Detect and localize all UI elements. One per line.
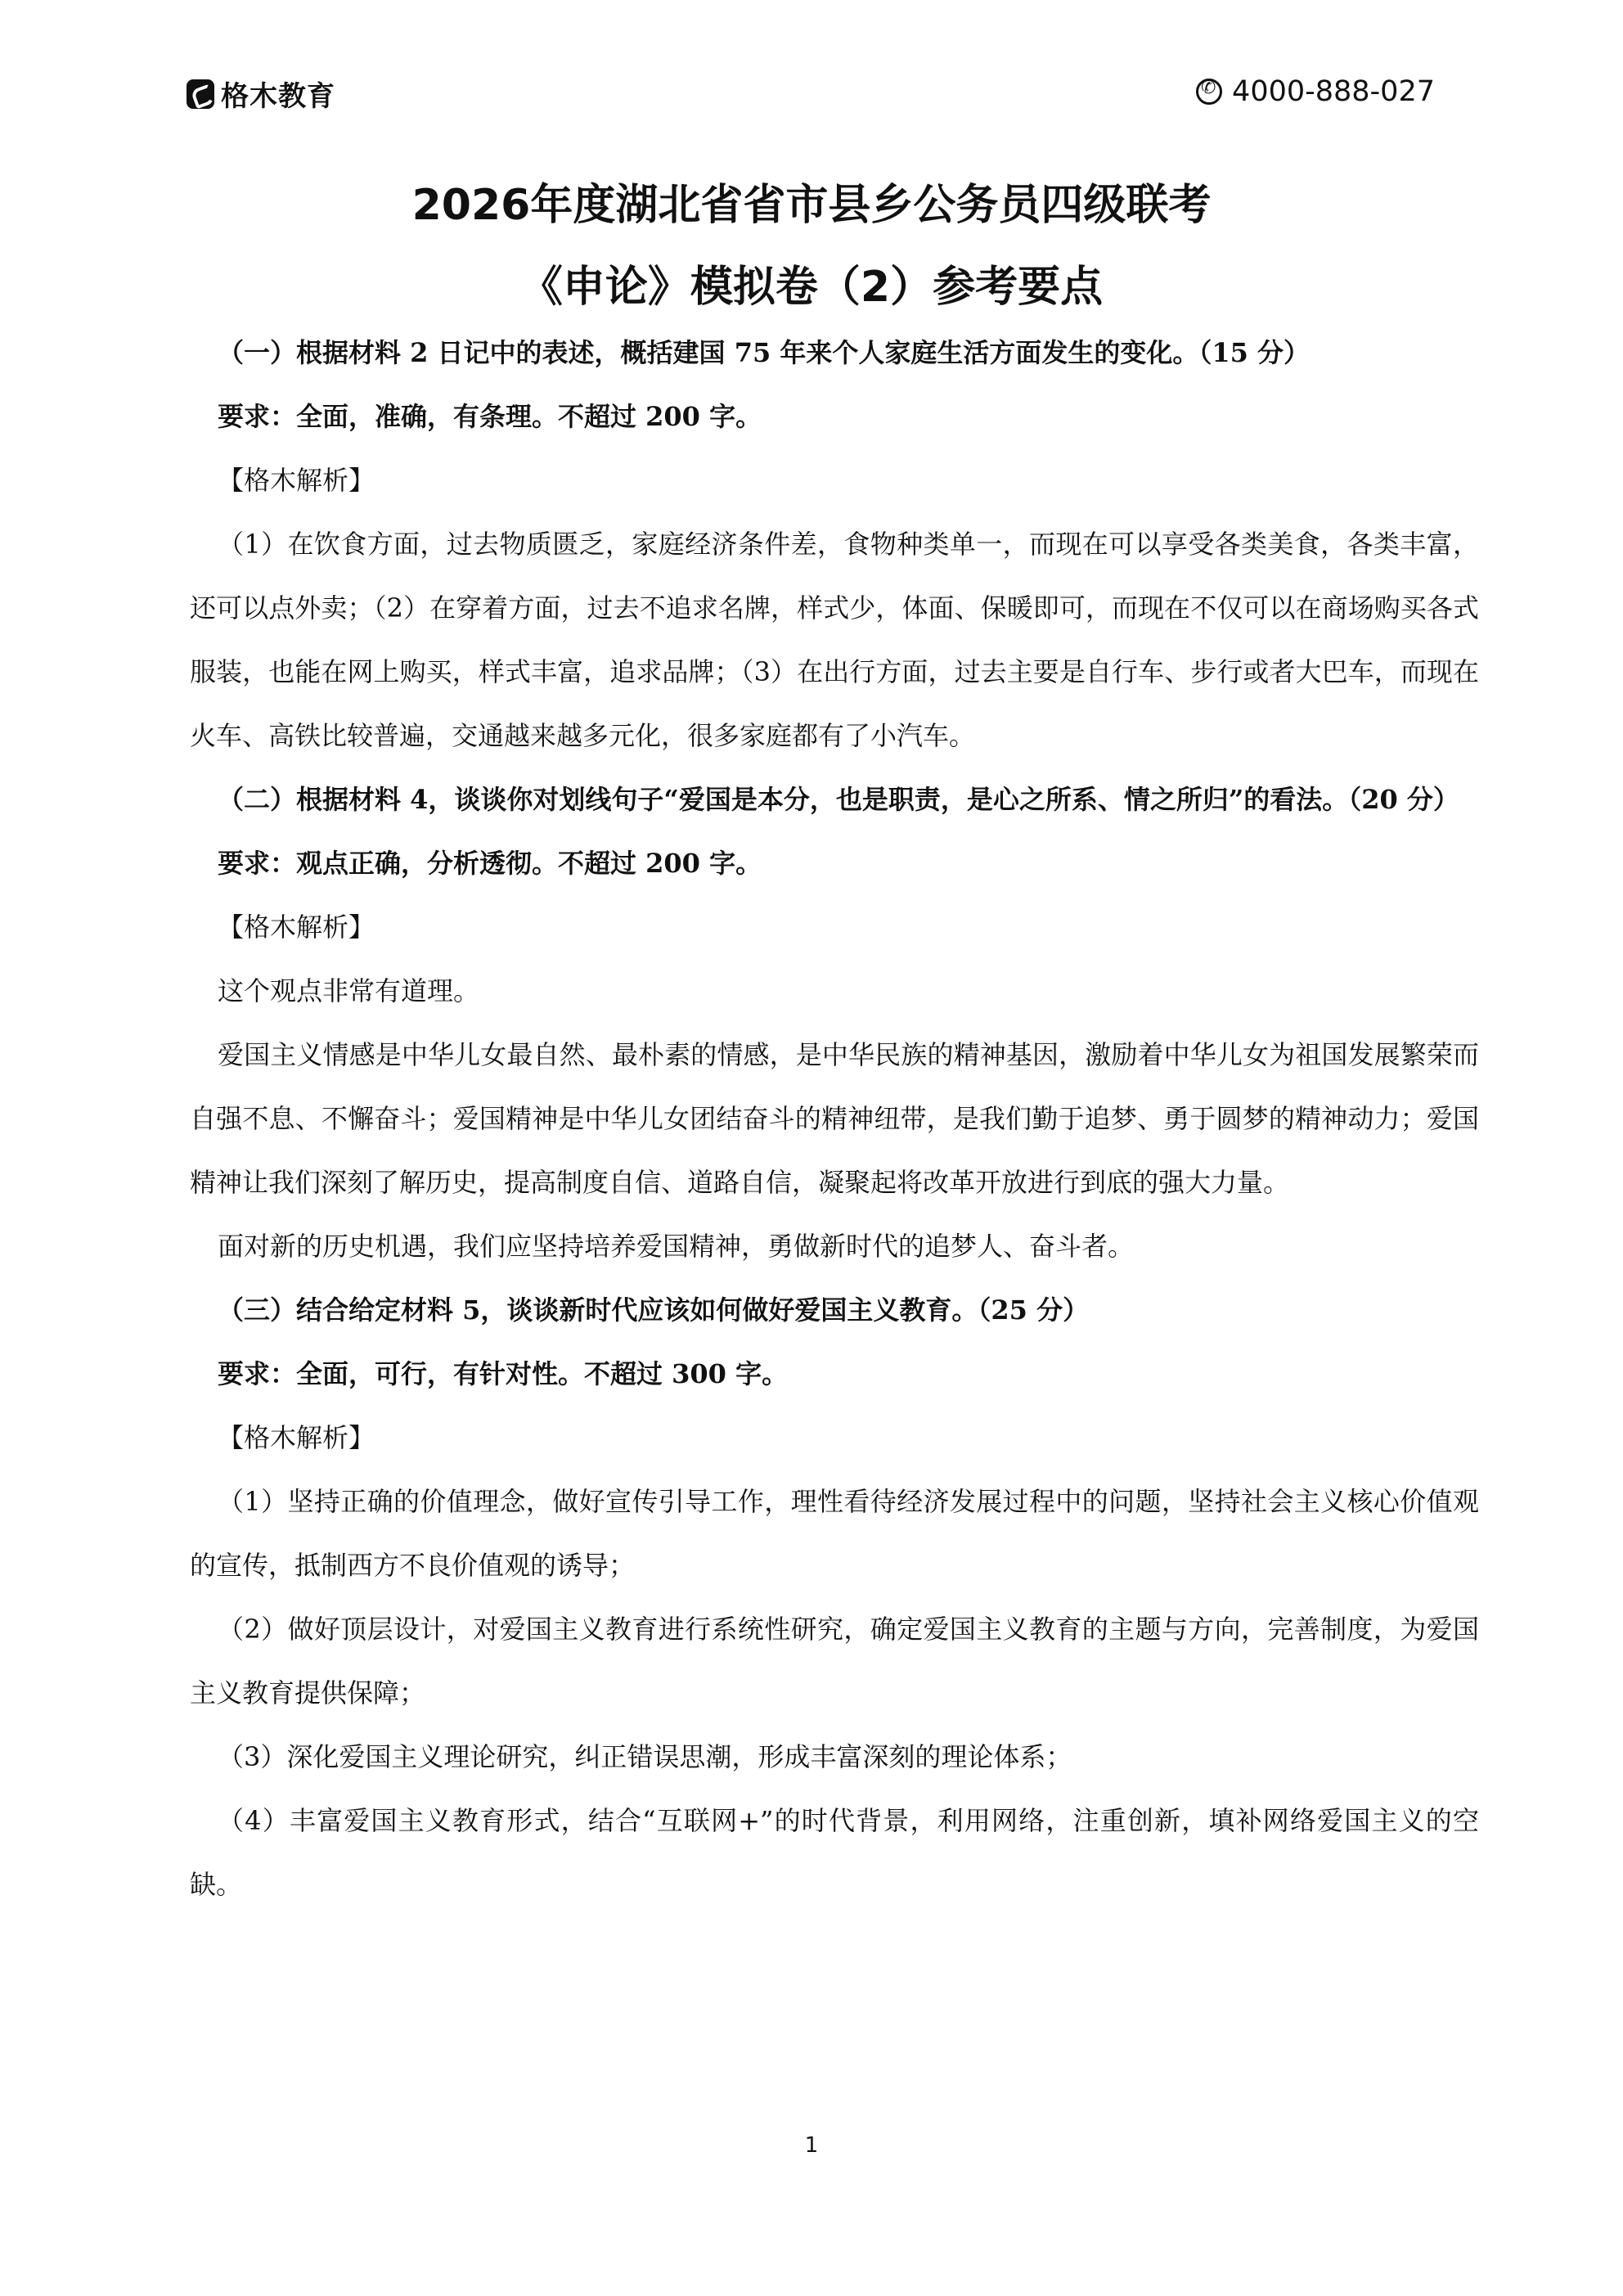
analysis-label-1: 【格木解析】 <box>190 448 1479 512</box>
document-body: （一）根据材料 2 日记中的表述，概括建国 75 年来个人家庭生活方面发生的变化… <box>190 321 1479 1916</box>
question-2: （二）根据材料 4，谈谈你对划线句子“爱国是本分，也是职责，是心之所系、情之所归… <box>190 768 1479 831</box>
logo-icon <box>187 79 214 109</box>
answer-paragraph: （2）做好顶层设计，对爱国主义教育进行系统性研究，确定爱国主义教育的主题与方向，… <box>190 1597 1479 1725</box>
analysis-label-2: 【格木解析】 <box>190 895 1479 959</box>
page-header: 格木教育 4000-888-027 <box>187 67 1435 116</box>
logo-text: 格木教育 <box>221 74 335 114</box>
requirement-1: 要求：全面，准确，有条理。不超过 200 字。 <box>190 385 1479 448</box>
analysis-label-3: 【格木解析】 <box>190 1406 1479 1470</box>
answer-paragraph: （1）在饮食方面，过去物质匮乏，家庭经济条件差，食物种类单一，而现在可以享受各类… <box>190 512 1479 768</box>
question-1: （一）根据材料 2 日记中的表述，概括建国 75 年来个人家庭生活方面发生的变化… <box>190 321 1479 385</box>
requirement-2: 要求：观点正确，分析透彻。不超过 200 字。 <box>190 831 1479 895</box>
phone-icon <box>1196 79 1222 105</box>
document-title: 2026年度湖北省省市县乡公务员四级联考 <box>0 170 1623 232</box>
answer-paragraph: （3）深化爱国主义理论研究，纠正错误思潮，形成丰富深刻的理论体系； <box>190 1725 1479 1789</box>
answer-paragraph: 这个观点非常有道理。 <box>190 959 1479 1023</box>
answer-paragraph: 面对新的历史机遇，我们应坚持培养爱国精神，勇做新时代的追梦人、奋斗者。 <box>190 1214 1479 1278</box>
phone-number: 4000-888-027 <box>1232 75 1435 108</box>
brand-logo: 格木教育 <box>187 74 335 114</box>
answer-paragraph: （1）坚持正确的价值理念，做好宣传引导工作，理性看待经济发展过程中的问题，坚持社… <box>190 1470 1479 1597</box>
answer-paragraph: 爱国主义情感是中华儿女最自然、最朴素的情感，是中华民族的精神基因，激励着中华儿女… <box>190 1023 1479 1214</box>
requirement-3: 要求：全面，可行，有针对性。不超过 300 字。 <box>190 1342 1479 1406</box>
page-number: 1 <box>0 2133 1623 2158</box>
document-subtitle: 《申论》模拟卷（2）参考要点 <box>0 252 1623 313</box>
answer-paragraph: （4）丰富爱国主义教育形式，结合“互联网+”的时代背景，利用网络，注重创新，填补… <box>190 1789 1479 1916</box>
question-3: （三）结合给定材料 5，谈谈新时代应该如何做好爱国主义教育。（25 分） <box>190 1278 1479 1342</box>
hotline: 4000-888-027 <box>1196 75 1435 108</box>
